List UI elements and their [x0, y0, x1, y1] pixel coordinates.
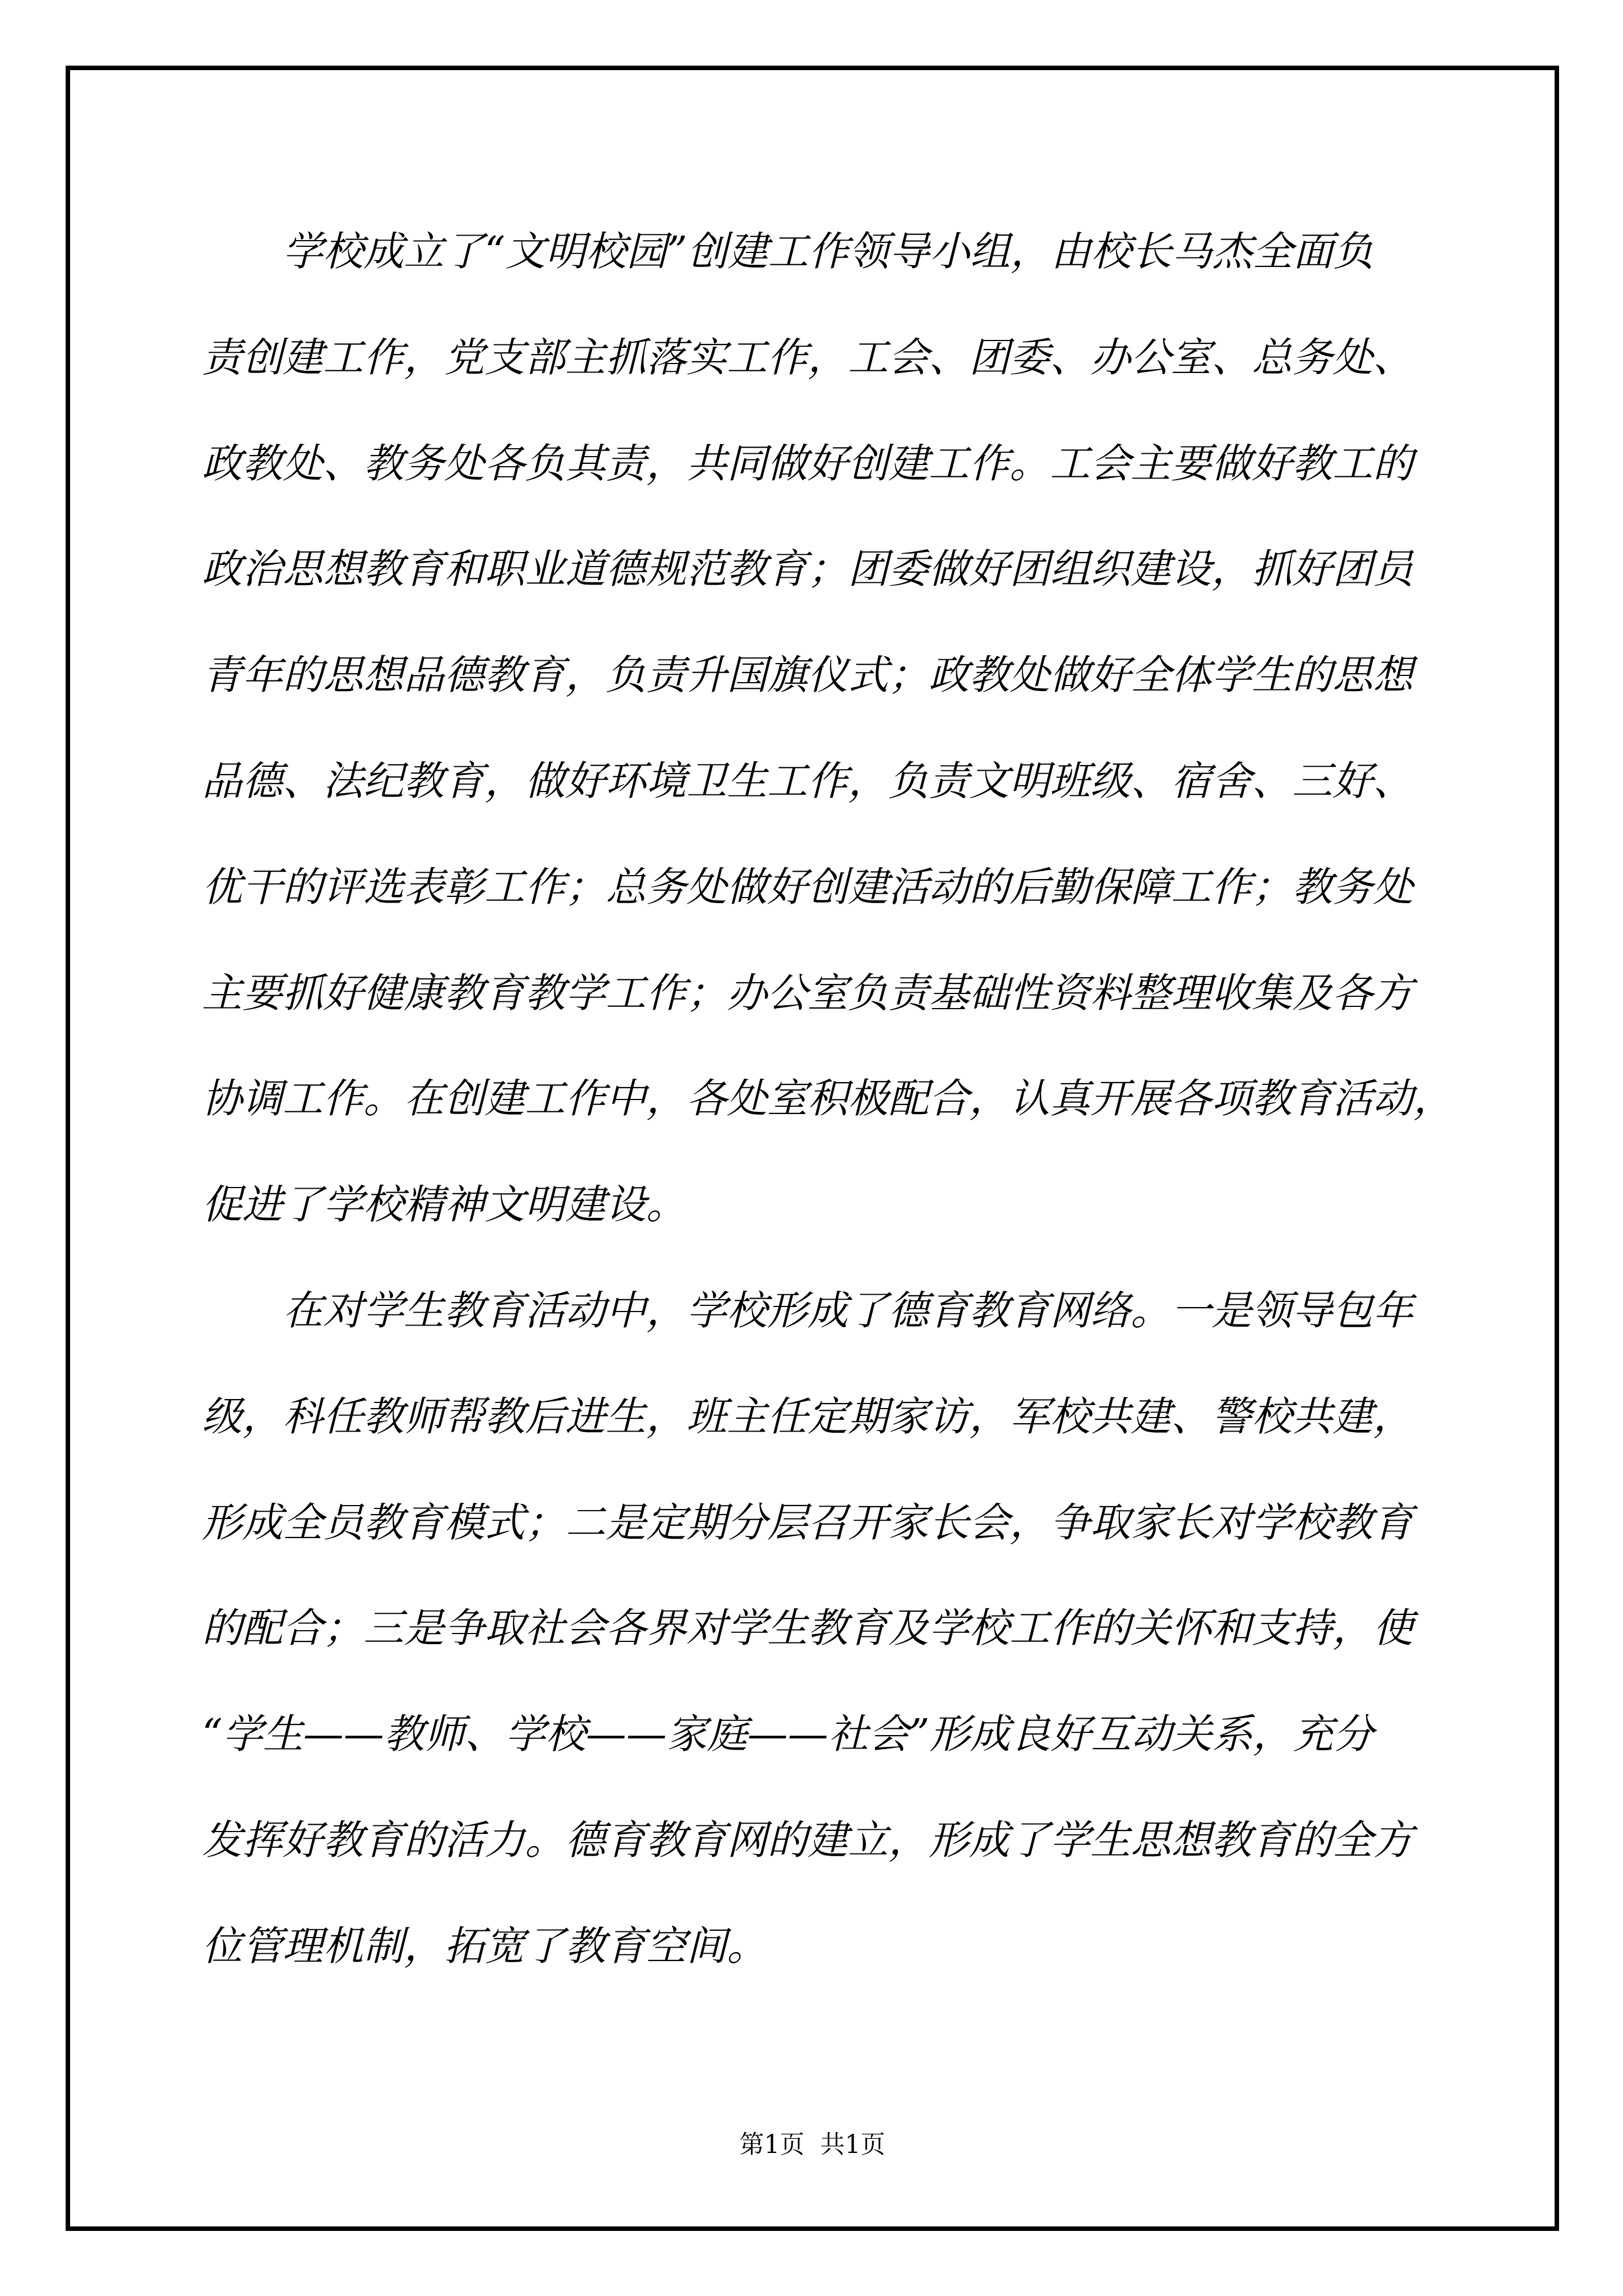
document-body: 学校成立了“文明校园”创建工作领导小组，由校长马杰全面负 责创建工作，党支部主抓… — [202, 199, 1413, 1999]
text-line: 主要抓好健康教育教学工作；办公室负责基础性资料整理收集及各方 — [202, 940, 1413, 1046]
text-line: 责创建工作，党支部主抓落实工作，工会、团委、办公室、总务处、 — [202, 305, 1413, 411]
paragraph-1: 学校成立了“文明校园”创建工作领导小组，由校长马杰全面负 责创建工作，党支部主抓… — [202, 199, 1413, 1258]
text-line: 在对学生教育活动中，学校形成了德育教育网络。一是领导包年 — [202, 1258, 1413, 1364]
text-line: 协调工作。在创建工作中，各处室积极配合，认真开展各项教育活动， — [202, 1046, 1413, 1152]
text-line: 级，科任教师帮教后进生，班主任定期家访，军校共建、警校共建， — [202, 1364, 1413, 1470]
text-line: 促进了学校精神文明建设。 — [202, 1152, 1413, 1258]
text-line: 发挥好教育的活力。德育教育网的建立，形成了学生思想教育的全方 — [202, 1787, 1413, 1893]
page-footer: 第1页 共1页 — [66, 2131, 1559, 2159]
text-line: 政治思想教育和职业道德规范教育；团委做好团组织建设，抓好团员 — [202, 516, 1413, 622]
text-line: “学生——教师、学校——家庭——社会”形成良好互动关系，充分 — [202, 1681, 1413, 1787]
text-line: 的配合；三是争取社会各界对学生教育及学校工作的关怀和支持，使 — [202, 1575, 1413, 1681]
text-line: 品德、法纪教育，做好环境卫生工作，负责文明班级、宿舍、三好、 — [202, 728, 1413, 834]
text-line: 形成全员教育模式；二是定期分层召开家长会，争取家长对学校教育 — [202, 1470, 1413, 1576]
text-line: 位管理机制，拓宽了教育空间。 — [202, 1893, 1413, 1999]
paragraph-2: 在对学生教育活动中，学校形成了德育教育网络。一是领导包年 级，科任教师帮教后进生… — [202, 1258, 1413, 1999]
text-line: 优干的评选表彰工作；总务处做好创建活动的后勤保障工作；教务处 — [202, 834, 1413, 940]
text-line: 政教处、教务处各负其责，共同做好创建工作。工会主要做好教工的 — [202, 411, 1413, 517]
text-line: 学校成立了“文明校园”创建工作领导小组，由校长马杰全面负 — [202, 199, 1413, 305]
text-line: 青年的思想品德教育，负责升国旗仪式；政教处做好全体学生的思想 — [202, 622, 1413, 728]
